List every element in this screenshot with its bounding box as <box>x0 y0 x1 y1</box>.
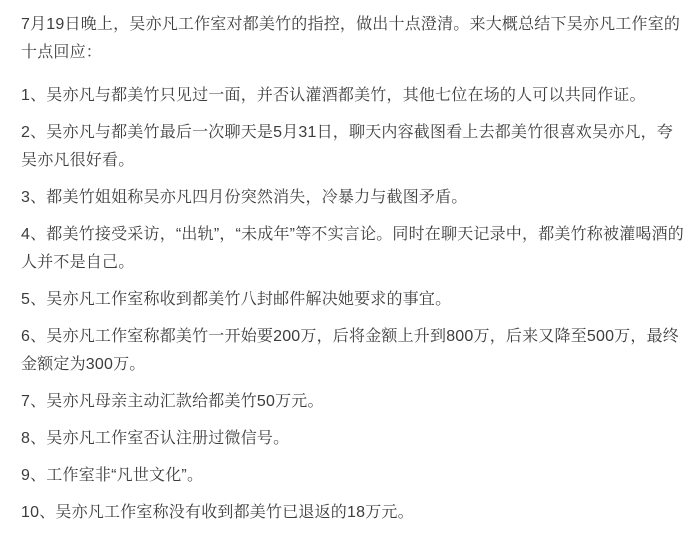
text-line: 3、都美竹姐姐称吴亦凡四月份突然消失，冷暴力与截图矛盾。 <box>21 184 669 212</box>
list-item-7: 7、吴亦凡母亲主动汇款给都美竹50万元。 <box>21 388 669 416</box>
text-line: 6、吴亦凡工作室称都美竹一开始要200万，后将金额上升到800万，后来又降至50… <box>21 323 669 351</box>
text-line: 7、吴亦凡母亲主动汇款给都美竹50万元。 <box>21 388 669 416</box>
text-line: 7月19日晚上，吴亦凡工作室对都美竹的指控，做出十点澄清。来大概总结下吴亦凡工作… <box>21 11 669 39</box>
text-line: 5、吴亦凡工作室称收到都美竹八封邮件解决她要求的事宜。 <box>21 286 669 314</box>
list-item-10: 10、吴亦凡工作室称没有收到都美竹已退返的18万元。 <box>21 499 669 527</box>
text-line: 4、都美竹接受采访，“出轨”，“未成年”等不实言论。同时在聊天记录中，都美竹称被… <box>21 221 669 249</box>
list-item-4: 4、都美竹接受采访，“出轨”，“未成年”等不实言论。同时在聊天记录中，都美竹称被… <box>21 221 669 277</box>
text-line: 10、吴亦凡工作室称没有收到都美竹已退返的18万元。 <box>21 499 669 527</box>
list-item-3: 3、都美竹姐姐称吴亦凡四月份突然消失，冷暴力与截图矛盾。 <box>21 184 669 212</box>
list-item-2: 2、吴亦凡与都美竹最后一次聊天是5月31日，聊天内容截图看上去都美竹很喜欢吴亦凡… <box>21 119 669 175</box>
text-line: 1、吴亦凡与都美竹只见过一面，并否认灌酒都美竹，其他七位在场的人可以共同作证。 <box>21 82 669 110</box>
list-item-6: 6、吴亦凡工作室称都美竹一开始要200万，后将金额上升到800万，后来又降至50… <box>21 323 669 379</box>
text-line: 9、工作室非“凡世文化”。 <box>21 462 669 490</box>
text-line: 人并不是自己。 <box>21 249 669 277</box>
list-item-9: 9、工作室非“凡世文化”。 <box>21 462 669 490</box>
text-line: 8、吴亦凡工作室否认注册过微信号。 <box>21 425 669 453</box>
text-line: 吴亦凡很好看。 <box>21 147 669 175</box>
list-item-5: 5、吴亦凡工作室称收到都美竹八封邮件解决她要求的事宜。 <box>21 286 669 314</box>
intro-paragraph: 7月19日晚上，吴亦凡工作室对都美竹的指控，做出十点澄清。来大概总结下吴亦凡工作… <box>21 11 669 67</box>
text-line: 2、吴亦凡与都美竹最后一次聊天是5月31日，聊天内容截图看上去都美竹很喜欢吴亦凡… <box>21 119 669 147</box>
article-body: 7月19日晚上，吴亦凡工作室对都美竹的指控，做出十点澄清。来大概总结下吴亦凡工作… <box>0 0 689 550</box>
list-item-1: 1、吴亦凡与都美竹只见过一面，并否认灌酒都美竹，其他七位在场的人可以共同作证。 <box>21 82 669 110</box>
text-line: 金额定为300万。 <box>21 351 669 379</box>
list-item-8: 8、吴亦凡工作室否认注册过微信号。 <box>21 425 669 453</box>
text-line: 十点回应： <box>21 39 669 67</box>
